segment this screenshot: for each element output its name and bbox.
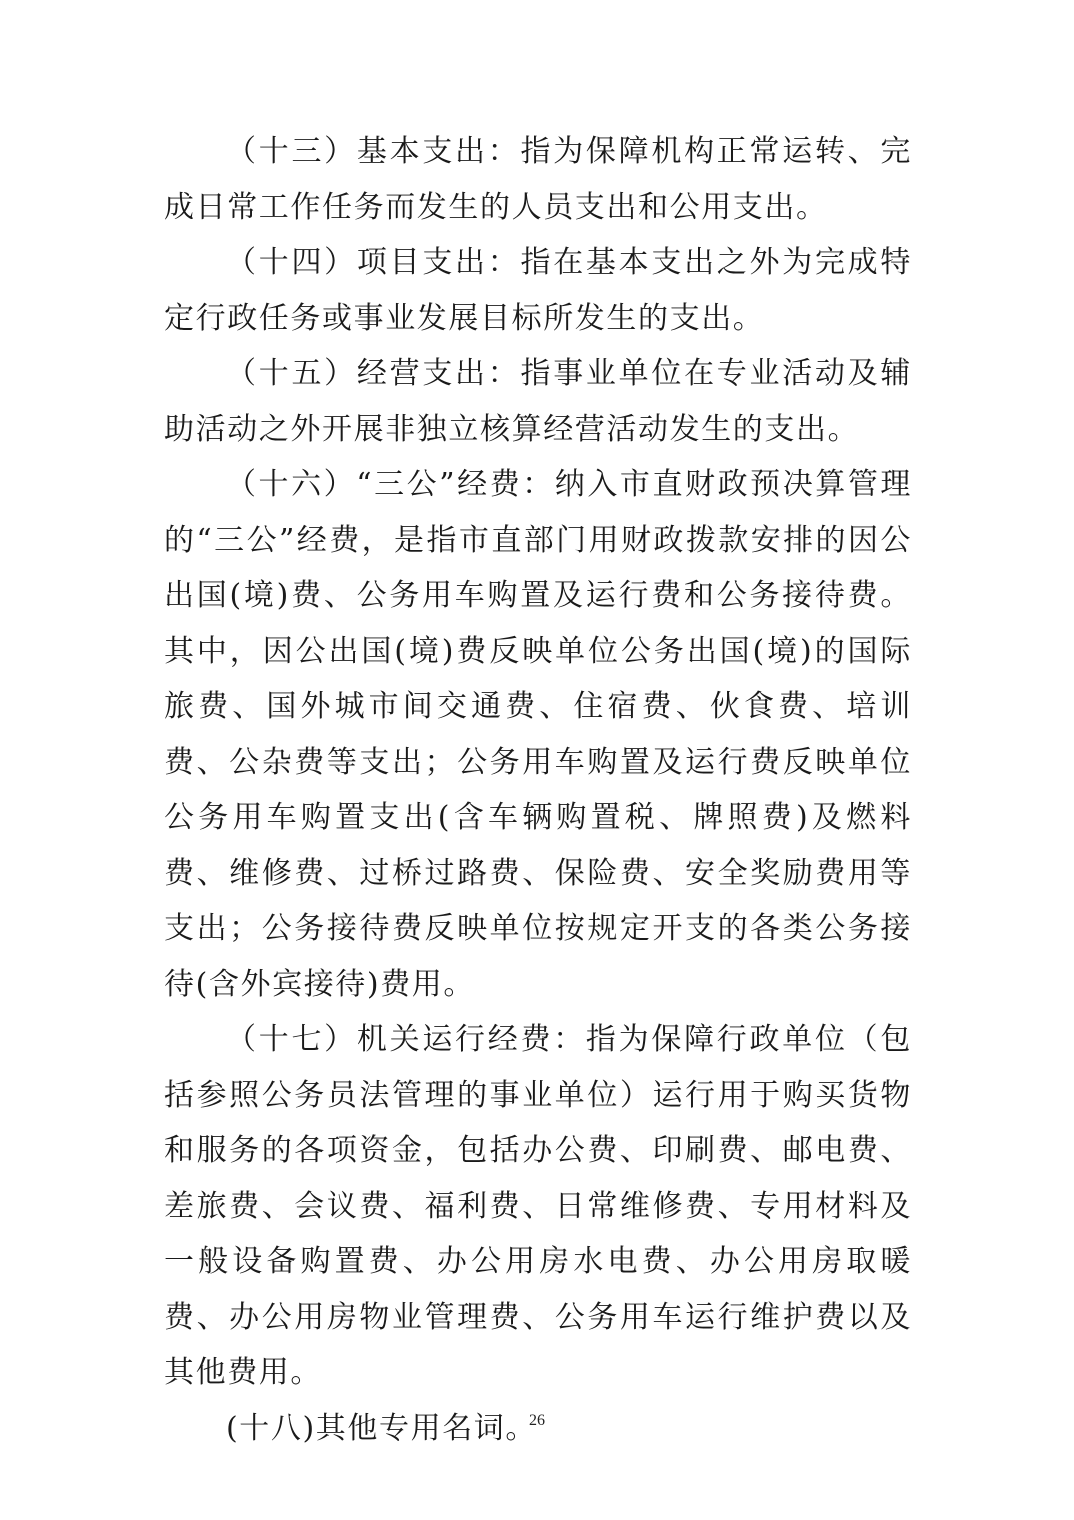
paragraph-project-expenditure: （十四）项目支出：指在基本支出之外为完成特定行政任务或事业发展目标所发生的支出。 [164,235,912,346]
paragraph-three-public-expenses: （十六）“三公”经费：纳入市直财政预决算管理的“三公”经费，是指市直部门用财政拨… [164,457,912,1012]
page-number: 26 [0,1412,1074,1430]
paragraph-operating-expenditure: （十五）经营支出：指事业单位在专业活动及辅助活动之外开展非独立核算经营活动发生的… [164,346,912,457]
document-page: （十三）基本支出：指为保障机构正常运转、完成日常工作任务而发生的人员支出和公用支… [164,124,912,1456]
paragraph-agency-operating-funds: （十七）机关运行经费：指为保障行政单位（包括参照公务员法管理的事业单位）运行用于… [164,1012,912,1401]
paragraph-basic-expenditure: （十三）基本支出：指为保障机构正常运转、完成日常工作任务而发生的人员支出和公用支… [164,124,912,235]
